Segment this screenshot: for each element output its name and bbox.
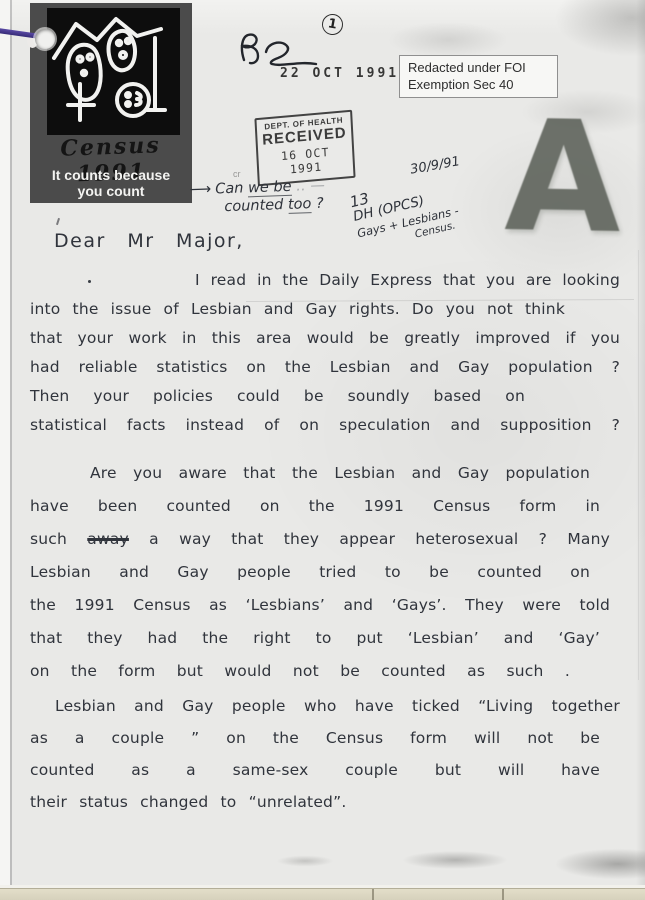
letter-line: Lesbian and Gay people who have ticked “… [30, 690, 620, 722]
handwritten-note-counted: ⟶Can we be ‥ — counted too ? [189, 176, 325, 217]
punched-hole [35, 29, 55, 49]
census-logo-card: Census 1991 It counts because you count [30, 3, 192, 203]
underlying-page-edge [0, 888, 645, 900]
note-line2: counted too ? [224, 196, 326, 216]
letter-line-with-strikeout: such away a way that they appear heteros… [30, 523, 620, 556]
letter-line: that your work in this area would be gre… [30, 324, 620, 353]
scan-left-margin [0, 0, 10, 900]
paper-crease [638, 250, 639, 680]
initials-signature [236, 30, 322, 70]
census-logo-tagline: It counts because you count [30, 168, 192, 199]
paper-left-edge [10, 0, 12, 900]
faint-stamp-fragment: cr [233, 169, 241, 179]
underlying-page-rule [372, 889, 374, 900]
note-line2-underlined: too [288, 196, 312, 214]
scanned-letter-page: Census 1991 It counts because you count … [0, 0, 645, 900]
note-line2-pre: counted [224, 197, 288, 215]
note-line1-pre: Can [215, 180, 248, 197]
note-line1-trail: ‥ — [291, 178, 325, 195]
census-house-faces-drawing [47, 8, 180, 135]
underlying-page-rule [502, 889, 504, 900]
letter-line: their status changed to “unrelated”. [30, 786, 620, 818]
struck-out-word: away [87, 530, 129, 548]
note-line1: ⟶Can we be ‥ — [189, 176, 325, 199]
ink-tick [56, 218, 60, 225]
arrow-right-icon: ⟶ [189, 180, 210, 199]
tagline-line2: you count [30, 184, 192, 200]
letter-line: Then your policies could be soundly base… [30, 382, 620, 411]
strike-line-pre: such [30, 530, 87, 548]
letter-line: I read in the Daily Express that you are… [30, 266, 620, 295]
letter-line: Are you aware that the Lesbian and Gay p… [30, 457, 620, 490]
note-line1-underlined: we be [248, 179, 292, 198]
tagline-line1: It counts because [30, 168, 192, 184]
letter-line: the 1991 Census as ‘Lesbians’ and ‘Gays’… [30, 589, 620, 622]
letter-body: Dear Mr Major, I read in the Daily Expre… [30, 230, 620, 818]
page-number-circled: 1 [320, 12, 344, 36]
ink-dot [88, 280, 91, 283]
strike-line-post: a way that they appear heterosexual ? Ma… [129, 530, 610, 548]
date-received-stamp: 22 OCT 1991 [280, 66, 399, 81]
letter-line: as a couple ” on the Census form will no… [30, 722, 620, 754]
letter-line: had reliable statistics on the Lesbian a… [30, 353, 620, 382]
paragraph-3: Lesbian and Gay people who have ticked “… [30, 690, 620, 818]
salutation: Dear Mr Major, [54, 230, 620, 252]
census-logo-art [47, 8, 180, 135]
letter-line: statistical facts instead of on speculat… [30, 411, 620, 440]
letter-line: Lesbian and Gay people tried to be count… [30, 556, 620, 589]
letter-line: into the issue of Lesbian and Gay rights… [30, 295, 620, 324]
letter-line: that they had the right to put ‘Lesbian’… [30, 622, 620, 655]
letter-line: on the form but would not be counted as … [30, 655, 620, 688]
paragraph-1: I read in the Daily Express that you are… [30, 266, 620, 440]
paragraph-2: Are you aware that the Lesbian and Gay p… [30, 457, 620, 688]
foi-line1: Redacted under FOI [408, 60, 549, 77]
dept-health-received-stamp: DEPT. OF HEALTH RECEIVED 16 OCT 1991 [254, 110, 355, 186]
received-stamp-date: 16 OCT 1991 [261, 143, 350, 179]
note-line2-post: ? [311, 196, 324, 212]
letter-line: counted as a same-sex couple but will ha… [30, 754, 620, 786]
letter-line: have been counted on the 1991 Census for… [30, 490, 620, 523]
